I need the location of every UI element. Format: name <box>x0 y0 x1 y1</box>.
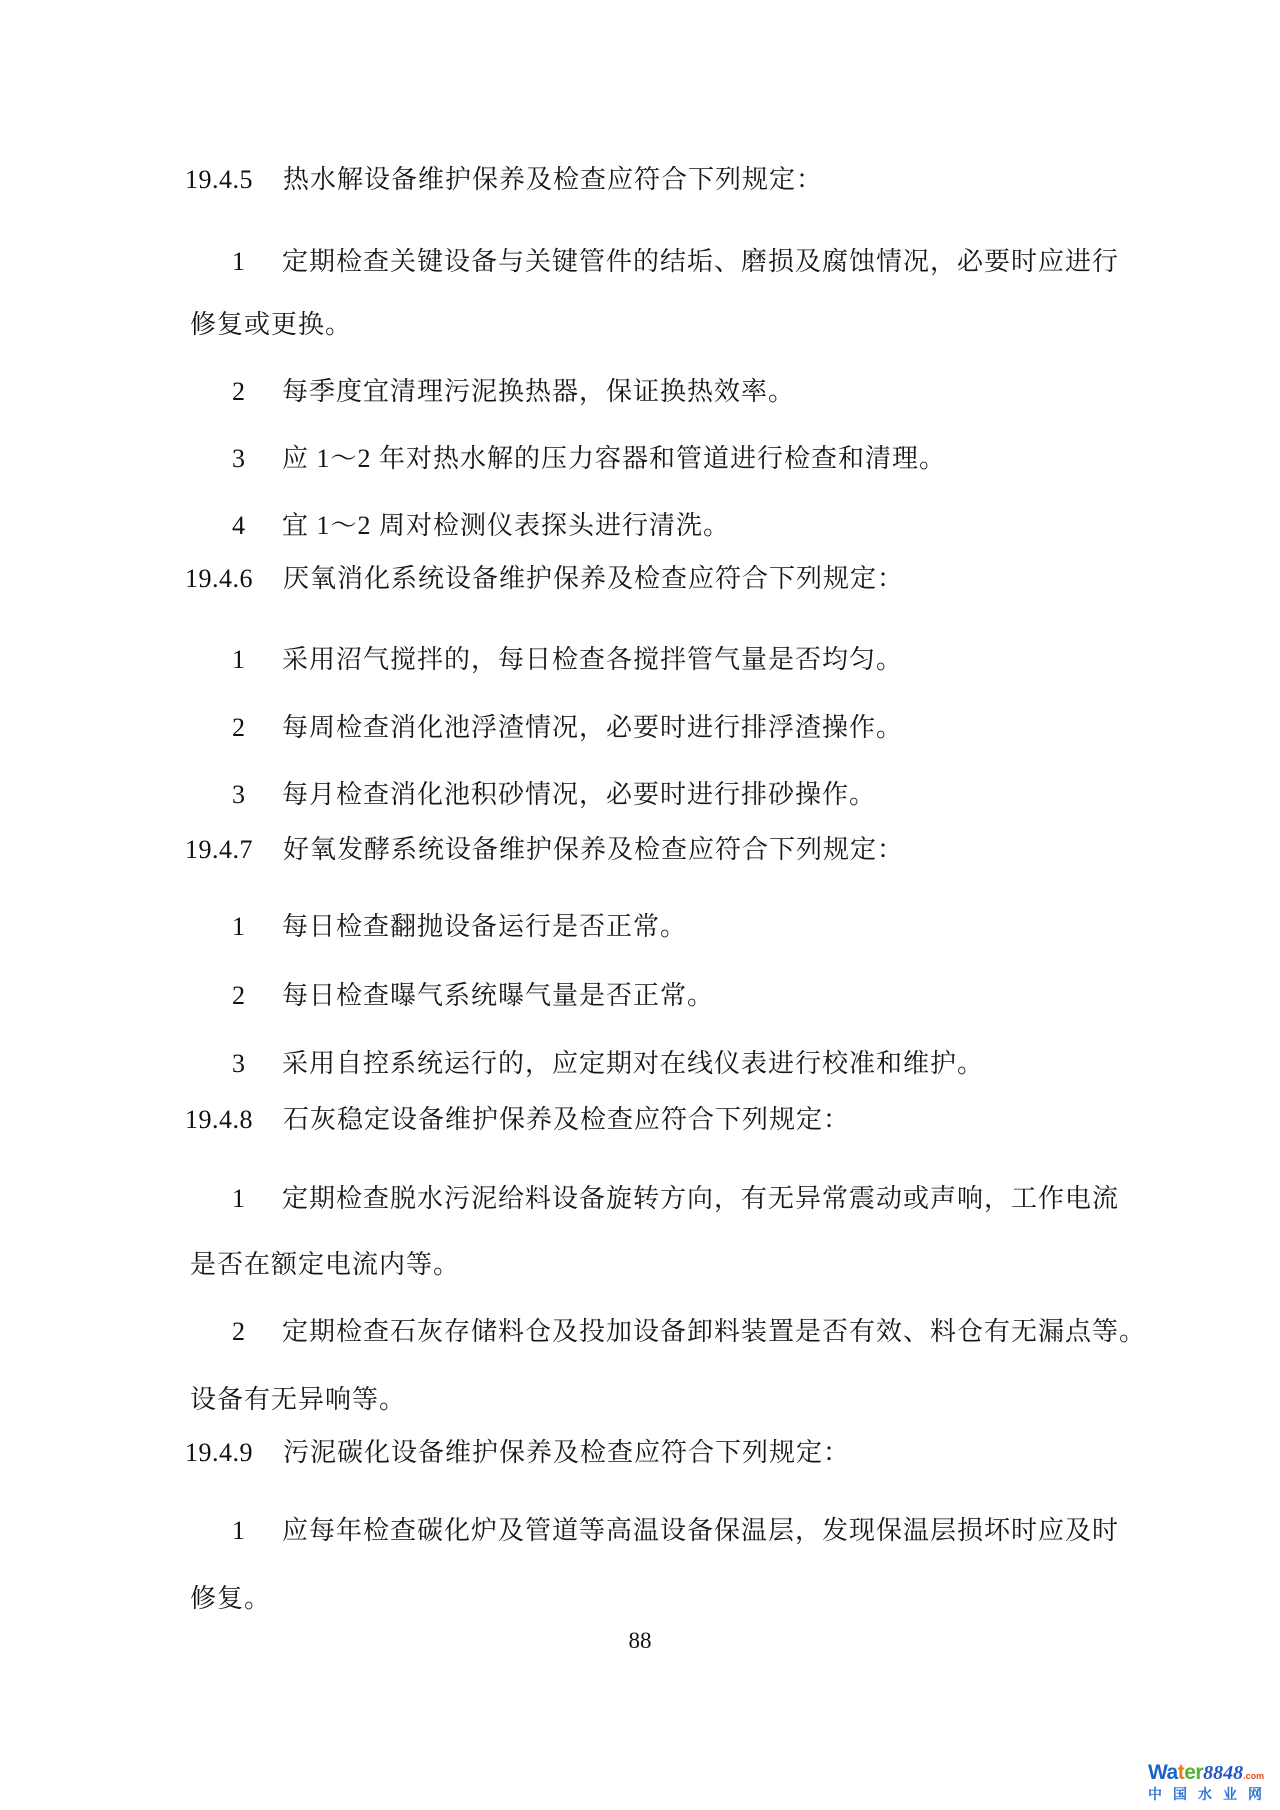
list-item: 1定期检查关键设备与关键管件的结垢、磨损及腐蚀情况，必要时应进行 <box>232 246 1119 278</box>
item-number: 4 <box>232 510 282 542</box>
clause-heading: 19.4.7好氧发酵系统设备维护保养及检查应符合下列规定： <box>185 834 904 866</box>
item-text: 设备有无异响等。 <box>190 1385 406 1414</box>
item-number: 1 <box>232 1183 282 1215</box>
item-number: 2 <box>232 980 282 1012</box>
list-item: 3应 1～2 年对热水解的压力容器和管道进行检查和清理。 <box>232 443 946 475</box>
item-text: 每日检查曝气系统曝气量是否正常。 <box>282 981 714 1010</box>
clause-text: 厌氧消化系统设备维护保养及检查应符合下列规定： <box>283 564 904 593</box>
item-text: 修复。 <box>190 1584 271 1613</box>
item-continuation: 修复。 <box>190 1583 271 1615</box>
item-text: 是否在额定电流内等。 <box>190 1250 460 1279</box>
item-number: 1 <box>232 644 282 676</box>
clause-number: 19.4.8 <box>185 1104 283 1136</box>
list-item: 2定期检查石灰存储料仓及投加设备卸料装置是否有效、料仓有无漏点等。 <box>232 1316 1146 1348</box>
list-item: 1采用沼气搅拌的，每日检查各搅拌管气量是否均匀。 <box>232 644 903 676</box>
list-item: 4宜 1～2 周对检测仪表探头进行清洗。 <box>232 510 730 542</box>
item-continuation: 是否在额定电流内等。 <box>190 1249 460 1281</box>
item-text: 修复或更换。 <box>190 310 352 339</box>
item-number: 3 <box>232 1048 282 1080</box>
clause-text: 石灰稳定设备维护保养及检查应符合下列规定： <box>283 1105 850 1134</box>
item-text: 应 1～2 年对热水解的压力容器和管道进行检查和清理。 <box>282 444 946 473</box>
list-item: 2每日检查曝气系统曝气量是否正常。 <box>232 980 714 1012</box>
item-text: 每季度宜清理污泥换热器，保证换热效率。 <box>282 377 795 406</box>
clause-text: 污泥碳化设备维护保养及检查应符合下列规定： <box>283 1438 850 1467</box>
clause-number: 19.4.6 <box>185 563 283 595</box>
item-text: 定期检查石灰存储料仓及投加设备卸料装置是否有效、料仓有无漏点等。 <box>282 1317 1146 1346</box>
item-text: 应每年检查碳化炉及管道等高温设备保温层，发现保温层损坏时应及时 <box>282 1516 1119 1545</box>
list-item: 3采用自控系统运行的，应定期对在线仪表进行校准和维护。 <box>232 1048 984 1080</box>
item-text: 采用沼气搅拌的，每日检查各搅拌管气量是否均匀。 <box>282 645 903 674</box>
item-number: 2 <box>232 1316 282 1348</box>
item-number: 1 <box>232 246 282 278</box>
item-text: 每周检查消化池浮渣情况，必要时进行排浮渣操作。 <box>282 713 903 742</box>
item-number: 2 <box>232 712 282 744</box>
list-item: 2每季度宜清理污泥换热器，保证换热效率。 <box>232 376 795 408</box>
clause-text: 热水解设备维护保养及检查应符合下列规定： <box>283 165 823 194</box>
item-text: 每日检查翻抛设备运行是否正常。 <box>282 912 687 941</box>
item-text: 定期检查关键设备与关键管件的结垢、磨损及腐蚀情况，必要时应进行 <box>282 247 1119 276</box>
list-item: 1定期检查脱水污泥给料设备旋转方向，有无异常震动或声响，工作电流 <box>232 1183 1119 1215</box>
logo-dotcom: .com <box>1243 1771 1264 1781</box>
clause-heading: 19.4.8石灰稳定设备维护保养及检查应符合下列规定： <box>185 1104 850 1136</box>
clause-number: 19.4.7 <box>185 834 283 866</box>
clause-heading: 19.4.5热水解设备维护保养及检查应符合下列规定： <box>185 164 823 196</box>
page-number: 88 <box>0 1628 1280 1654</box>
list-item: 1应每年检查碳化炉及管道等高温设备保温层，发现保温层损坏时应及时 <box>232 1515 1119 1547</box>
item-number: 3 <box>232 443 282 475</box>
logo-letters-wa: Wa <box>1148 1761 1178 1784</box>
item-text: 采用自控系统运行的，应定期对在线仪表进行校准和维护。 <box>282 1049 984 1078</box>
clause-heading: 19.4.9污泥碳化设备维护保养及检查应符合下列规定： <box>185 1437 850 1469</box>
clause-text: 好氧发酵系统设备维护保养及检查应符合下列规定： <box>283 835 904 864</box>
item-continuation: 修复或更换。 <box>190 309 352 341</box>
item-text: 定期检查脱水污泥给料设备旋转方向，有无异常震动或声响，工作电流 <box>282 1184 1119 1213</box>
water8848-logo: Water8848.com <box>1148 1762 1276 1783</box>
item-continuation: 设备有无异响等。 <box>190 1384 406 1416</box>
document-page: 19.4.5热水解设备维护保养及检查应符合下列规定： 1定期检查关键设备与关键管… <box>0 0 1280 1810</box>
clause-number: 19.4.9 <box>185 1437 283 1469</box>
logo-letters-er: er <box>1184 1761 1203 1784</box>
item-number: 1 <box>232 1515 282 1547</box>
clause-heading: 19.4.6厌氧消化系统设备维护保养及检查应符合下列规定： <box>185 563 904 595</box>
item-number: 2 <box>232 376 282 408</box>
list-item: 3每月检查消化池积砂情况，必要时进行排砂操作。 <box>232 779 876 811</box>
water8848-watermark: Water8848.com 中国水业网 <box>1148 1762 1276 1801</box>
logo-number: 8848 <box>1203 1762 1243 1784</box>
item-text: 宜 1～2 周对检测仪表探头进行清洗。 <box>282 511 730 540</box>
list-item: 2每周检查消化池浮渣情况，必要时进行排浮渣操作。 <box>232 712 903 744</box>
item-number: 3 <box>232 779 282 811</box>
clause-number: 19.4.5 <box>185 164 283 196</box>
logo-subtitle: 中国水业网 <box>1148 1787 1276 1801</box>
item-text: 每月检查消化池积砂情况，必要时进行排砂操作。 <box>282 780 876 809</box>
list-item: 1每日检查翻抛设备运行是否正常。 <box>232 911 687 943</box>
item-number: 1 <box>232 911 282 943</box>
